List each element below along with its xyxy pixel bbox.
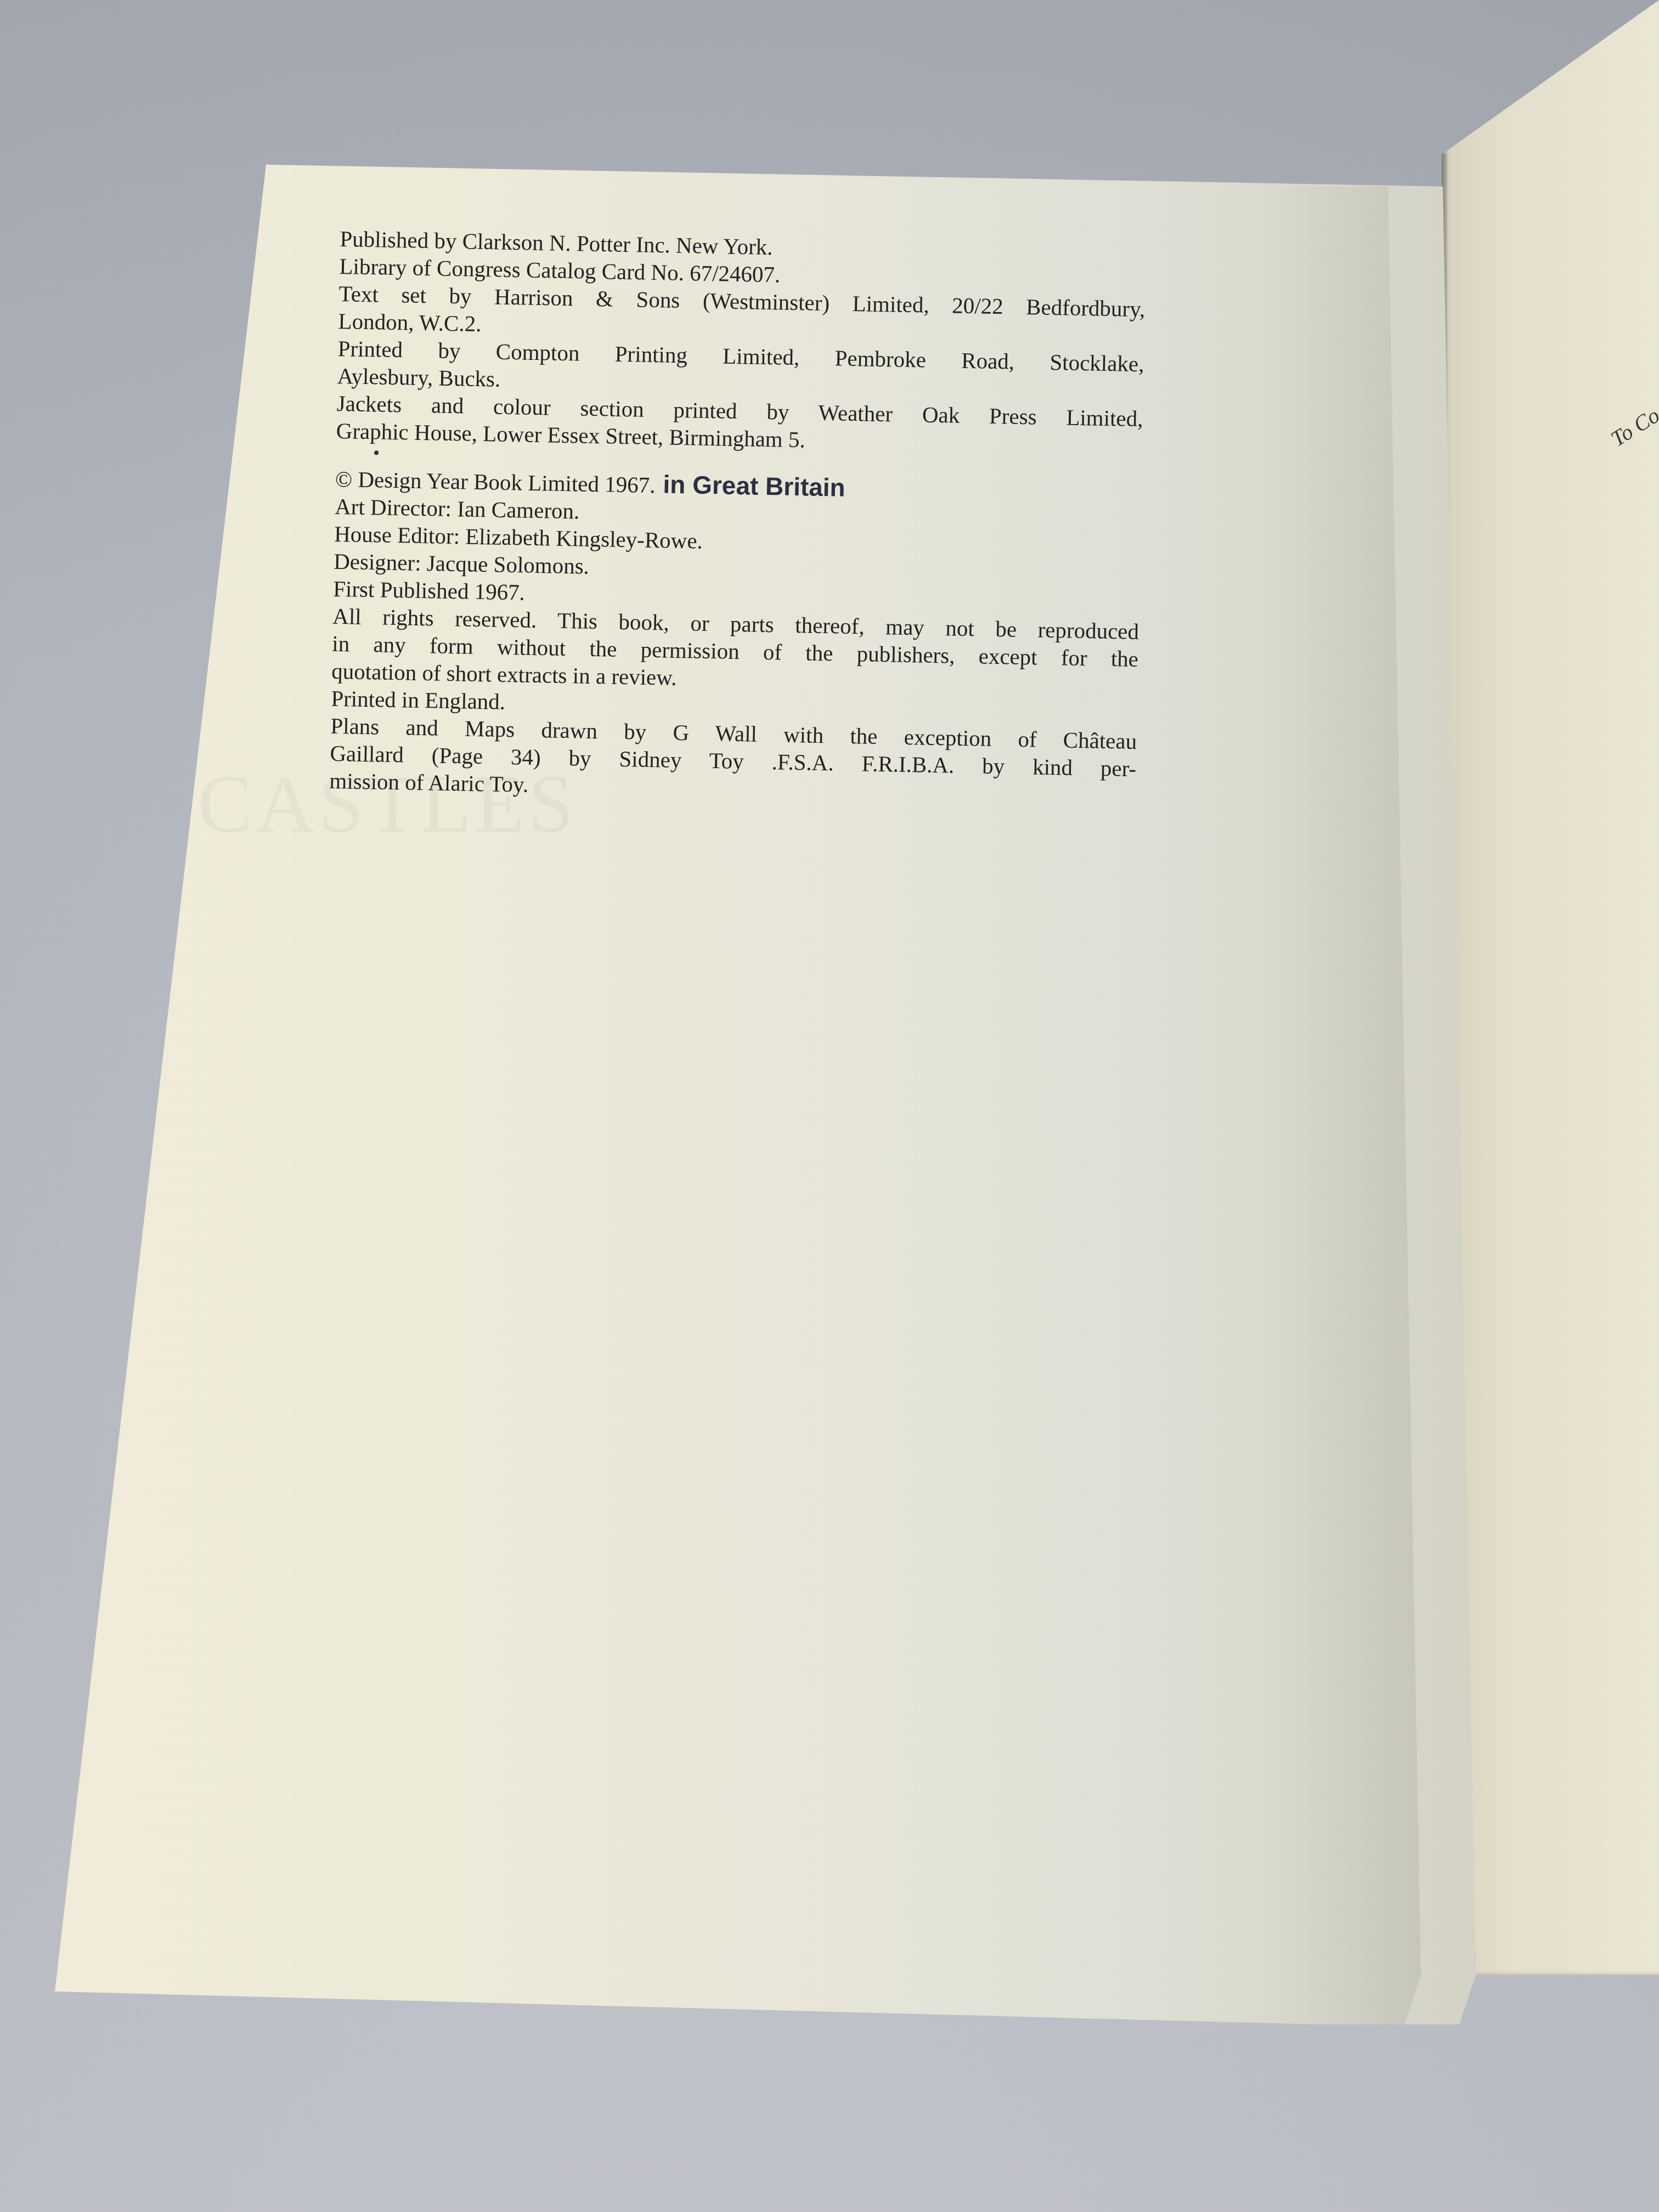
copyright-text: © Design Year Book Limited 1967. [335,466,656,498]
imprint-block: Published by Clarkson N. Potter Inc. New… [329,225,1147,810]
country-stamp: in Great Britain [663,470,845,501]
stray-mark [374,450,379,455]
right-page [1443,0,1659,1975]
